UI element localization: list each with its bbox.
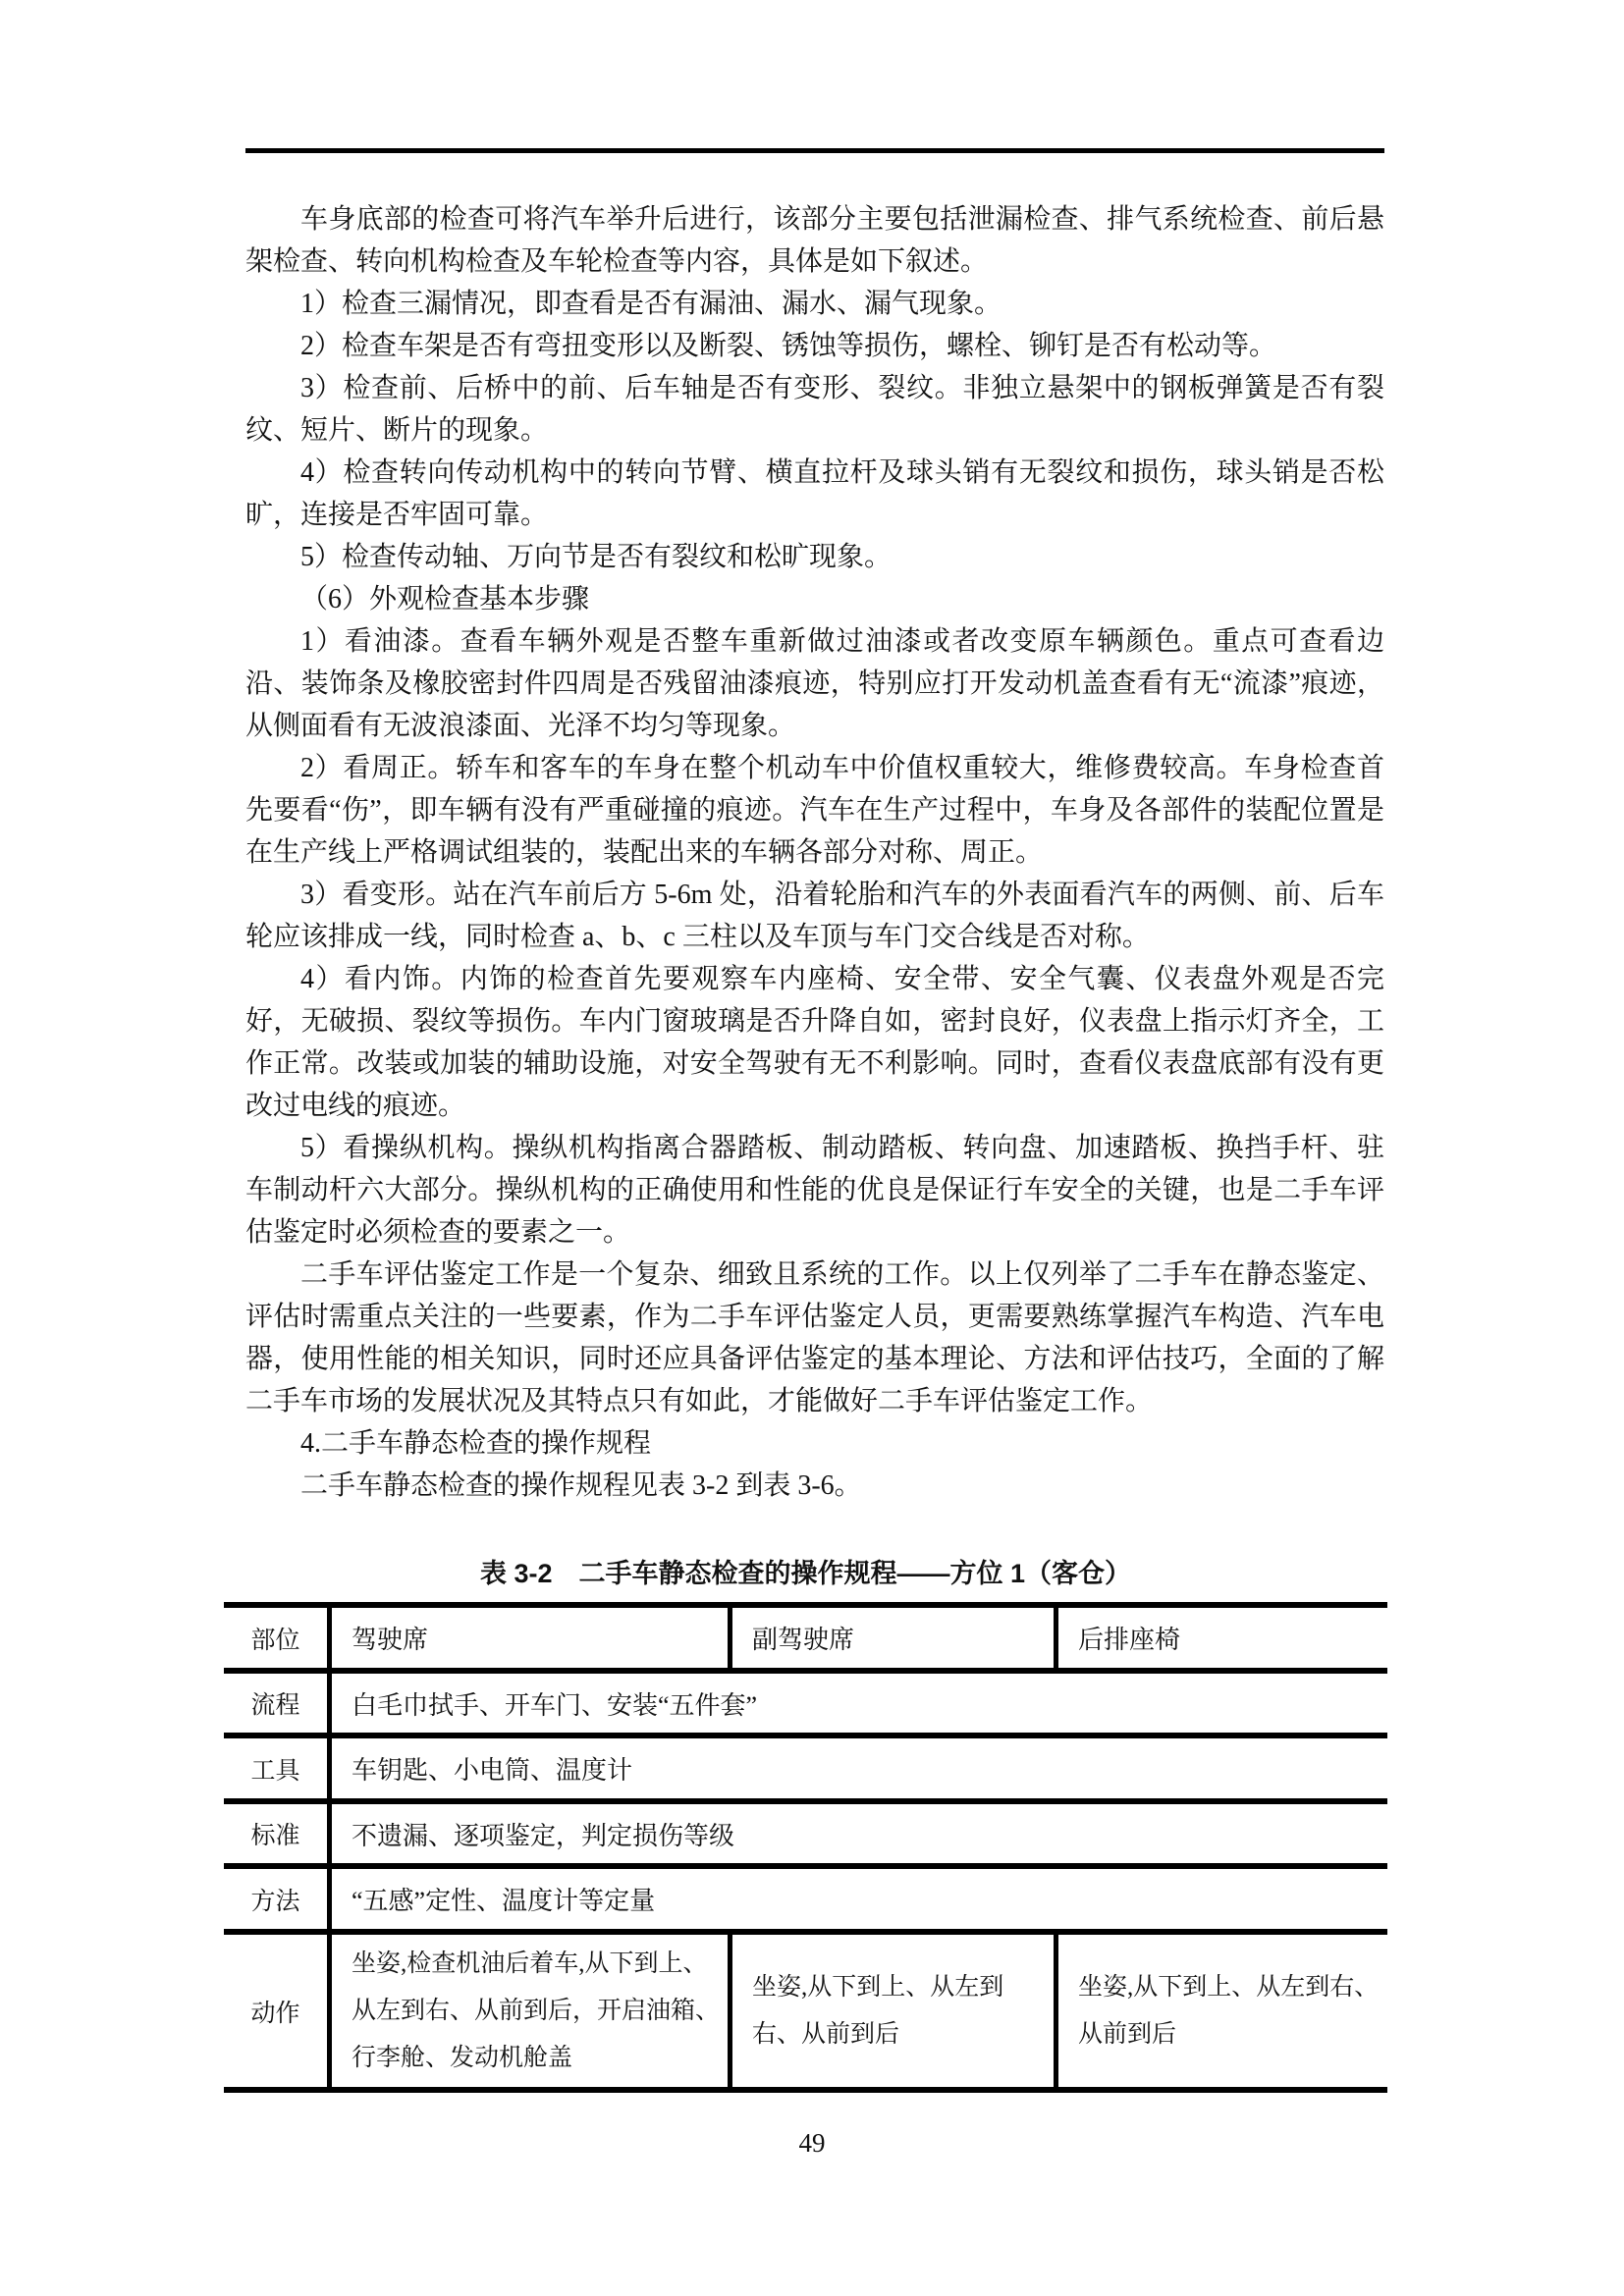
table-cell: 白毛巾拭手、开车门、安装“五件套”	[332, 1674, 1387, 1733]
paragraph: 5）检查传动轴、万向节是否有裂纹和松旷现象。	[245, 536, 1384, 578]
table-row: 流程 白毛巾拭手、开车门、安装“五件套”	[224, 1668, 1387, 1733]
table-row: 动作 坐姿,检查机油后着车,从下到上、从左到右、从前到后，开启油箱、行李舱、发动…	[224, 1929, 1387, 2087]
table-row: 标准 不遗漏、逐项鉴定，判定损伤等级	[224, 1798, 1387, 1863]
paragraph: 2）检查车架是否有弯扭变形以及断裂、锈蚀等损伤，螺栓、铆钉是否有松动等。	[245, 325, 1384, 367]
row-label-cell: 部位	[224, 1608, 332, 1668]
paragraph: 1）检查三漏情况，即查看是否有漏油、漏水、漏气现象。	[245, 283, 1384, 325]
paragraph: 3）看变形。站在汽车前后方 5-6m 处，沿着轮胎和汽车的外表面看汽车的两侧、前…	[245, 874, 1384, 958]
static-table: 部位 驾驶席 副驾驶席 后排座椅 流程 白毛巾拭手、开车门、安装“五件套” 工具…	[224, 1602, 1387, 2093]
row-label-cell: 方法	[224, 1869, 332, 1929]
section-heading: 4.二手车静态检查的操作规程	[245, 1422, 1384, 1465]
paragraph: 4）看内饰。内饰的检查首先要观察车内座椅、安全带、安全气囊、仪表盘外观是否完好，…	[245, 958, 1384, 1127]
paragraph: 二手车评估鉴定工作是一个复杂、细致且系统的工作。以上仅列举了二手车在静态鉴定、评…	[245, 1254, 1384, 1422]
paragraph: 4）检查转向传动机构中的转向节臂、横直拉杆及球头销有无裂纹和损伤，球头销是否松旷…	[245, 452, 1384, 536]
paragraph: 5）看操纵机构。操纵机构指离合器踏板、制动踏板、转向盘、加速踏板、换挡手杆、驻车…	[245, 1127, 1384, 1254]
table-caption: 表 3-2 二手车静态检查的操作规程——方位 1（客仓）	[224, 1557, 1387, 1590]
header-rule	[245, 148, 1384, 153]
table-cell: 车钥匙、小电筒、温度计	[332, 1738, 1387, 1798]
row-label-cell: 标准	[224, 1804, 332, 1863]
table-cell: 副驾驶席	[732, 1608, 1058, 1668]
paragraph: 2）看周正。轿车和客车的车身在整个机动车中价值权重较大，维修费较高。车身检查首先…	[245, 747, 1384, 874]
paragraph: 3）检查前、后桥中的前、后车轴是否有变形、裂纹。非独立悬架中的钢板弹簧是否有裂纹…	[245, 367, 1384, 452]
table-row: 方法 “五感”定性、温度计等定量	[224, 1863, 1387, 1929]
table-cell: 驾驶席	[332, 1608, 732, 1668]
table-3-2: 表 3-2 二手车静态检查的操作规程——方位 1（客仓） 部位 驾驶席 副驾驶席…	[224, 1557, 1387, 2093]
table-cell: 坐姿,检查机油后着车,从下到上、从左到右、从前到后，开启油箱、行李舱、发动机舱盖	[332, 1935, 732, 2087]
table-row: 部位 驾驶席 副驾驶席 后排座椅	[224, 1602, 1387, 1668]
paragraph: （6）外观检查基本步骤	[245, 578, 1384, 620]
table-cell: “五感”定性、温度计等定量	[332, 1869, 1387, 1929]
table-cell: 坐姿,从下到上、从左到右、从前到后	[1058, 1935, 1387, 2087]
paragraph: 二手车静态检查的操作规程见表 3-2 到表 3-6。	[245, 1465, 1384, 1507]
table-cell: 后排座椅	[1058, 1608, 1387, 1668]
paragraph: 1）看油漆。查看车辆外观是否整车重新做过油漆或者改变原车辆颜色。重点可查看边沿、…	[245, 620, 1384, 747]
table-row: 工具 车钥匙、小电筒、温度计	[224, 1733, 1387, 1798]
body-text: 车身底部的检查可将汽车举升后进行，该部分主要包括泄漏检查、排气系统检查、前后悬架…	[245, 198, 1384, 1507]
row-label-cell: 流程	[224, 1674, 332, 1733]
page-number: 49	[0, 2128, 1624, 2159]
table-cell: 不遗漏、逐项鉴定，判定损伤等级	[332, 1804, 1387, 1863]
paragraph: 车身底部的检查可将汽车举升后进行，该部分主要包括泄漏检查、排气系统检查、前后悬架…	[245, 198, 1384, 283]
table-cell: 坐姿,从下到上、从左到右、从前到后	[732, 1935, 1058, 2087]
row-label-cell: 工具	[224, 1738, 332, 1798]
document-page: { "content": { "paragraphs": [ "车身底部的检查可…	[0, 0, 1624, 2296]
row-label-cell: 动作	[224, 1935, 332, 2087]
